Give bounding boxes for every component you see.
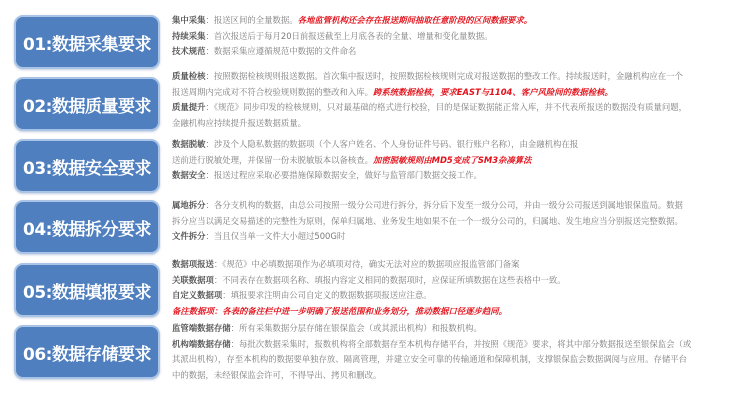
line-sep: ：: [214, 259, 222, 269]
content-line: 属地拆分：各分支机构的数据，由总公司按照一级分公司进行拆分，拆分后下发至一级分公…: [172, 198, 744, 214]
line-text: 报送过程应采取必要措施保障数据安全，做好与监管部门数据交接工作。: [214, 170, 482, 180]
line-label: 文件拆分: [172, 231, 206, 241]
line-text: 当且仅当单一文件大小超过500G时: [214, 231, 345, 241]
line-label: 关联数据项: [172, 275, 214, 285]
line-text: 《规范》中必填数据项作为必填项对待，确实无法对应的数据项应报监管部门备案: [222, 259, 519, 269]
line-label: 集中采集: [172, 15, 206, 25]
line-text: 金融机构应持续提升报送数据质量。: [172, 118, 306, 128]
section-content: 监管端数据存储：所有采集数据分层存储在银保监会（或其派出机构）和报数机构。 机构…: [172, 321, 744, 383]
section-content: 属地拆分：各分支机构的数据，由总公司按照一级分公司进行拆分，拆分后下发至一级分公…: [172, 198, 744, 245]
line-sep: ：: [206, 31, 214, 41]
content-line: 其派出机构），存至本机构的数据要单独存放、隔离管理，并建立安全可靠的传输通道和保…: [172, 352, 744, 368]
line-text: 报送周期内完成对不符合校验规则数据的整改和入库。: [172, 87, 373, 97]
section-content: 集中采集：报送区间的全量数据。各地监管机构还会存在报送期间抽取任意阶段的区间数据…: [172, 13, 744, 60]
content-line: 数据脱敏：涉及个人隐私数据的数据项（个人客户姓名、个人身份证件号码、银行账户名称…: [172, 137, 744, 153]
content-line: 质量提升：《规范》同步印发的检核规则，只对最基础的格式进行校验，目的是保证数据能…: [172, 100, 744, 116]
line-label: 质量提升: [172, 102, 206, 112]
line-label: 质量检核: [172, 71, 206, 81]
line-sep: ：: [206, 71, 214, 81]
line-label: 机构端数据存储: [172, 339, 231, 349]
line-label: 数据安全: [172, 170, 206, 180]
line-text: 其派出机构），存至本机构的数据要单独存放、隔离管理，并建立安全可靠的传输通道和保…: [172, 354, 687, 364]
section-title: 05:数据填报要求: [23, 278, 151, 303]
line-sep: ：: [206, 102, 214, 112]
line-sep: ：: [206, 46, 214, 56]
section-title: 03:数据安全要求: [23, 154, 151, 179]
line-sep: ：: [206, 231, 214, 241]
line-sep: ：: [206, 200, 214, 210]
section-title: 01:数据采集要求: [23, 30, 151, 55]
line-text: 每批次数据采集时，报数机构将全部数据存至本机构存储平台，并按照《规范》要求，将其…: [239, 339, 691, 349]
content-line: 集中采集：报送区间的全量数据。各地监管机构还会存在报送期间抽取任意阶段的区间数据…: [172, 13, 744, 29]
section-title-box: 04:数据拆分要求: [14, 200, 160, 254]
content-line: 数据安全：报送过程应采取必要措施保障数据安全，做好与监管部门数据交接工作。: [172, 168, 744, 184]
line-highlight: 加密脱敏规则由MD5变成了SM3杂凑算法: [373, 155, 532, 165]
line-sep: ：: [231, 323, 239, 333]
section-title-box: 03:数据安全要求: [14, 139, 160, 193]
line-sep: ：: [206, 139, 214, 149]
content-line: 送前进行脱敏处理，并保留一份未脱敏版本以备核查。加密脱敏规则由MD5变成了SM3…: [172, 153, 744, 169]
line-text: 拆分应当以满足交易描述的完整性为原则，保单归属地、业务发生地如果不在一个一级分公…: [172, 216, 683, 226]
line-label: 监管端数据存储: [172, 323, 231, 333]
content-line: 技术规范：数据采集应遵循规范中数据的文件命名: [172, 44, 744, 60]
line-sep: ：: [214, 275, 222, 285]
line-sep: ：: [231, 339, 239, 349]
line-text: 中的数据，未经银保监会许可，不得导出、拷贝和删改。: [172, 370, 381, 380]
content-line: 备注数据项：各表的备注栏中进一步明确了报送范围和业务划分，推动数据口径逐步趋同。: [172, 304, 744, 320]
section-title-box: 02:数据质量要求: [14, 77, 160, 131]
line-sep: ：: [206, 170, 214, 180]
content-line: 机构端数据存储：每批次数据采集时，报数机构将全部数据存至本机构存储平台，并按照《…: [172, 337, 744, 353]
line-text: 《规范》同步印发的检核规则，只对最基础的格式进行校验，目的是保证数据能正常入库，…: [214, 102, 687, 112]
section-title: 06:数据存储要求: [23, 340, 151, 365]
content-line: 自定义数据项：填报要求注明由公司自定义的数据数据项报送应注意。: [172, 288, 744, 304]
line-text: 报送区间的全量数据。: [214, 15, 298, 25]
line-text: 涉及个人隐私数据的数据项（个人客户姓名、个人身份证件号码、银行账户名称），由金融…: [214, 139, 578, 149]
content-line: 拆分应当以满足交易描述的完整性为原则，保单归属地、业务发生地如果不在一个一级分公…: [172, 214, 744, 230]
line-highlight: 备注数据项：各表的备注栏中进一步明确了报送范围和业务划分，推动数据口径逐步趋同。: [172, 306, 507, 316]
content-line: 金融机构应持续提升报送数据质量。: [172, 116, 744, 132]
section-content: 数据项报送：《规范》中必填数据项作为必填项对待，确实无法对应的数据项应报监管部门…: [172, 257, 744, 319]
line-text: 所有采集数据分层存储在银保监会（或其派出机构）和报数机构。: [239, 323, 482, 333]
line-text: 各分支机构的数据，由总公司按照一级分公司进行拆分，拆分后下发至一级分公司，并由一…: [214, 200, 683, 210]
line-text: 数据采集应遵循规范中数据的文件命名: [214, 46, 356, 56]
section-title-box: 05:数据填报要求: [14, 263, 160, 317]
line-label: 数据项报送: [172, 259, 214, 269]
content-line: 数据项报送：《规范》中必填数据项作为必填项对待，确实无法对应的数据项应报监管部门…: [172, 257, 744, 273]
line-label: 持续采集: [172, 31, 206, 41]
line-sep: ：: [206, 15, 214, 25]
line-text: 按照数据检核规则报送数据。首次集中报送时，按照数据检核规则完成对报送数据的整改工…: [214, 71, 683, 81]
line-label: 属地拆分: [172, 200, 206, 210]
section-title: 02:数据质量要求: [23, 92, 151, 117]
content-line: 文件拆分：当且仅当单一文件大小超过500G时: [172, 229, 744, 245]
line-label: 数据脱敏: [172, 139, 206, 149]
section-content: 数据脱敏：涉及个人隐私数据的数据项（个人客户姓名、个人身份证件号码、银行账户名称…: [172, 137, 744, 184]
section-title-box: 01:数据采集要求: [14, 15, 160, 69]
content-line: 质量检核：按照数据检核规则报送数据。首次集中报送时，按照数据检核规则完成对报送数…: [172, 69, 744, 85]
line-sep: ：: [222, 290, 230, 300]
line-text: 填报要求注明由公司自定义的数据数据项报送应注意。: [231, 290, 432, 300]
section-title-box: 06:数据存储要求: [14, 325, 160, 379]
line-text: 首次报送后于每月20日前报送截至上月底各表的全量、增量和变化量数据。: [214, 31, 493, 41]
line-highlight: 各地监管机构还会存在报送期间抽取任意阶段的区间数据要求。: [298, 15, 533, 25]
line-text: 不同表存在数据项名称、填报内容定义相同的数据项时，应保证所填数据在这些表格中一致…: [222, 275, 565, 285]
line-label: 自定义数据项: [172, 290, 222, 300]
section-content: 质量检核：按照数据检核规则报送数据。首次集中报送时，按照数据检核规则完成对报送数…: [172, 69, 744, 131]
line-label: 技术规范: [172, 46, 206, 56]
content-line: 关联数据项：不同表存在数据项名称、填报内容定义相同的数据项时，应保证所填数据在这…: [172, 273, 744, 289]
line-text: 送前进行脱敏处理，并保留一份未脱敏版本以备核查。: [172, 155, 373, 165]
section-title: 04:数据拆分要求: [23, 215, 151, 240]
content-line: 持续采集：首次报送后于每月20日前报送截至上月底各表的全量、增量和变化量数据。: [172, 29, 744, 45]
content-line: 监管端数据存储：所有采集数据分层存储在银保监会（或其派出机构）和报数机构。: [172, 321, 744, 337]
line-highlight: 跨系统数据检核，要求EAST与1104、客户风险间的数据检核。: [373, 87, 613, 97]
content-line: 中的数据，未经银保监会许可，不得导出、拷贝和删改。: [172, 368, 744, 384]
content-line: 报送周期内完成对不符合校验规则数据的整改和入库。跨系统数据检核，要求EAST与1…: [172, 85, 744, 101]
